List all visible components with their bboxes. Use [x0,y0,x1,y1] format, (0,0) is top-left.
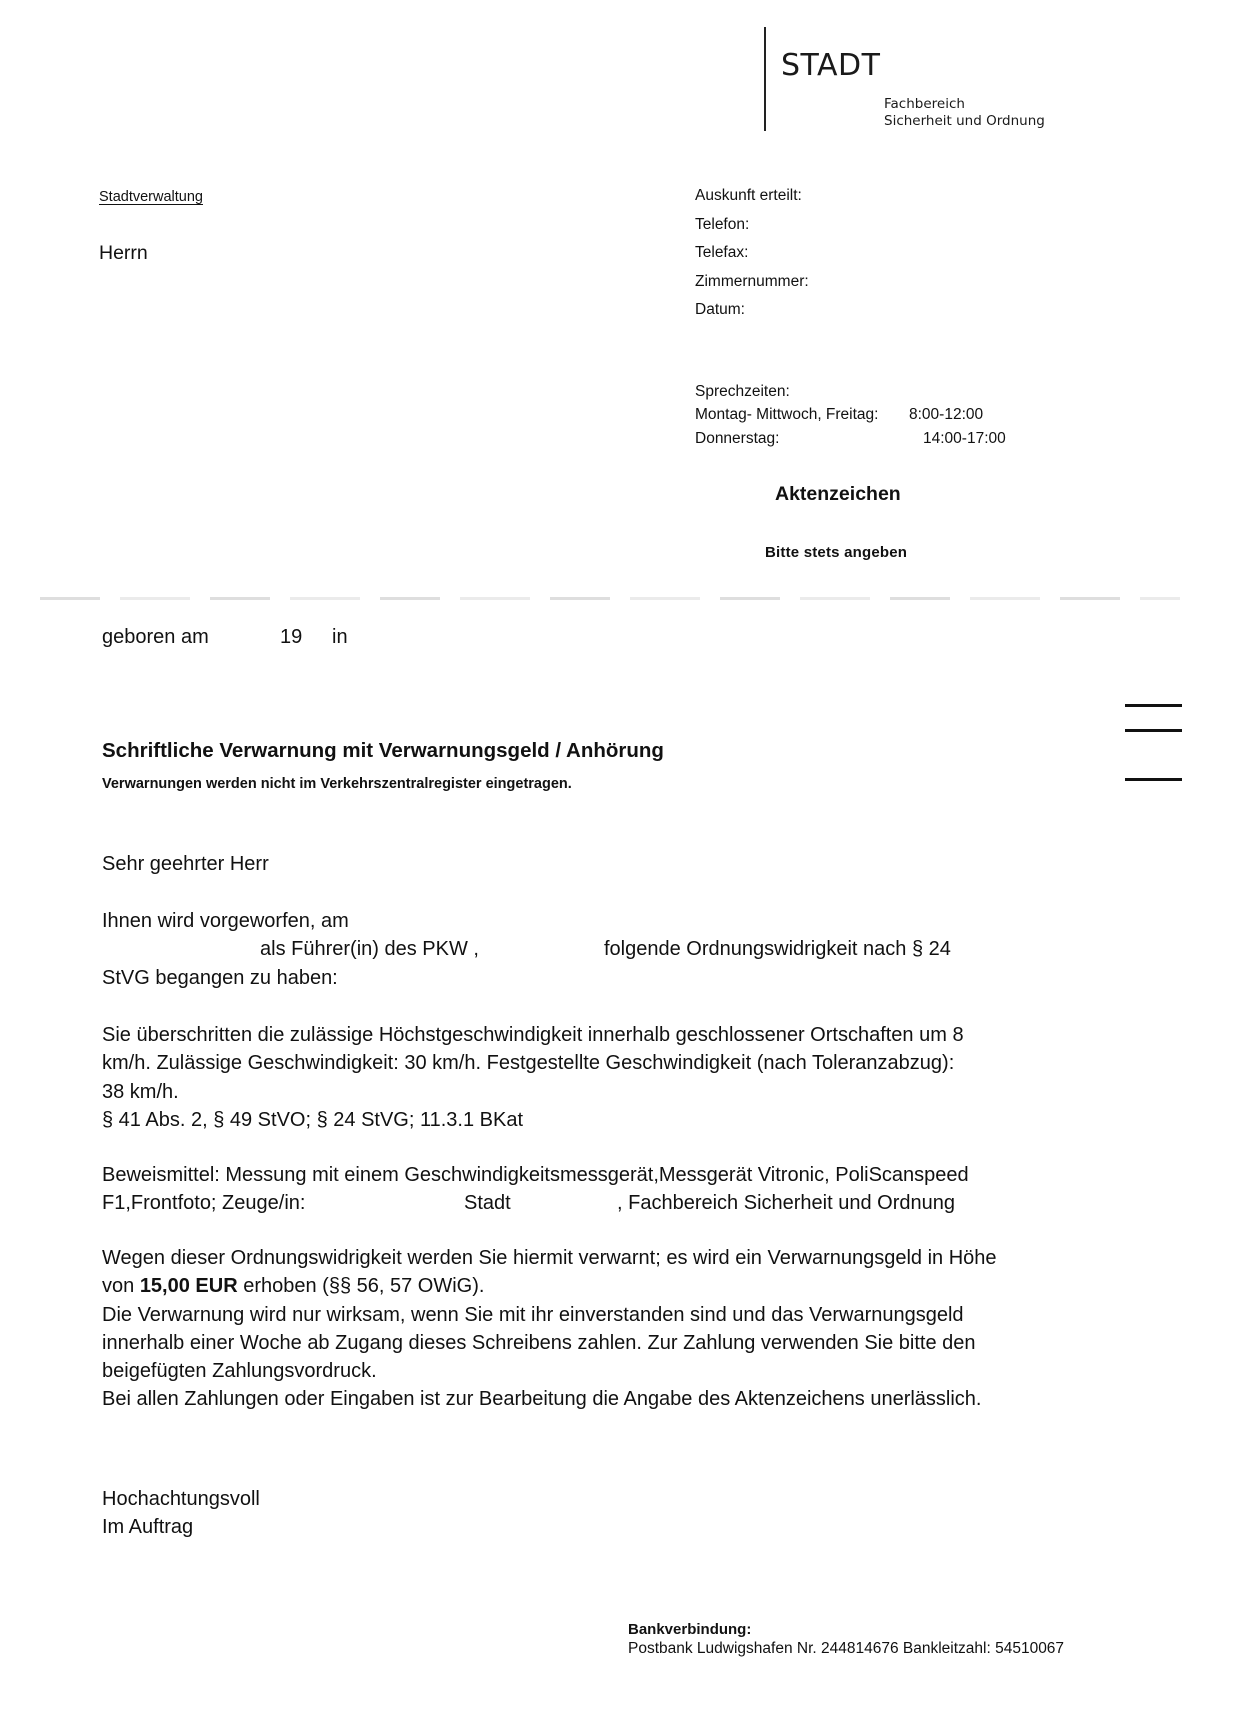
department-line-2: Sicherheit und Ordnung [884,113,1045,130]
payment-line-2: innerhalb einer Woche ab Zugang dieses S… [102,1329,1102,1357]
scan-artifact-line [40,597,1180,600]
accusation-offense-text: folgende Ordnungswidrigkeit nach § 24 [604,935,951,963]
city-logo-text: STADT [781,48,881,83]
fine-suffix: erhoben (§§ 56, 57 OWiG). [243,1275,484,1297]
info-field-telefax: Telefax: [695,244,748,262]
fold-mark-2 [1125,729,1182,732]
fine-line-1: Wegen dieser Ordnungswidrigkeit werden S… [102,1244,1102,1272]
payment-line-4: Bei allen Zahlungen oder Eingaben ist zu… [102,1385,1102,1413]
fold-mark-1 [1125,704,1182,707]
fine-line-2: von 15,00 EUR erhoben (§§ 56, 57 OWiG). [102,1272,1102,1300]
info-field-auskunft: Auskunft erteilt: [695,187,802,205]
evidence-witness-city: Stadt [464,1189,511,1217]
birth-place-label: in [332,626,348,649]
bank-label: Bankverbindung: [628,1621,751,1638]
accusation-line-2: als Führer(in) des PKW , folgende Ordnun… [102,935,1102,963]
fold-mark-3 [1125,778,1182,781]
bank-details: Postbank Ludwigshafen Nr. 244814676 Bank… [628,1640,1064,1658]
accusation-line-1: Ihnen wird vorgeworfen, am [102,907,1102,935]
department-name: Fachbereich Sicherheit und Ordnung [884,96,1045,130]
evidence-paragraph: Beweismittel: Messung mit einem Geschwin… [102,1161,1102,1218]
office-hours-time-1: 8:00-12:00 [909,406,983,424]
evidence-line-2: F1,Frontfoto; Zeuge/in: Stadt , Fachbere… [102,1189,1102,1217]
birth-label: geboren am [102,626,209,649]
letterhead-divider [764,27,766,131]
office-hours-days-2: Donnerstag: [695,430,779,448]
closing-line-1: Hochachtungsvoll [102,1488,260,1511]
offense-line-3: 38 km/h. [102,1078,1102,1106]
closing-line-2: Im Auftrag [102,1516,193,1539]
salutation-text: Sehr geehrter Herr [102,850,1102,878]
info-field-zimmernummer: Zimmernummer: [695,273,809,291]
subject-subtitle: Verwarnungen werden nicht im Verkehrszen… [102,776,572,792]
evidence-line-1: Beweismittel: Messung mit einem Geschwin… [102,1161,1102,1189]
offense-line-2: km/h. Zulässige Geschwindigkeit: 30 km/h… [102,1049,1102,1077]
department-line-1: Fachbereich [884,96,1045,113]
recipient-salutation: Herrn [99,242,148,265]
reference-note: Bitte stets angeben [765,544,907,561]
info-field-datum: Datum: [695,301,745,319]
fine-paragraph: Wegen dieser Ordnungswidrigkeit werden S… [102,1244,1102,1414]
offense-legal-basis: § 41 Abs. 2, § 49 StVO; § 24 StVG; 11.3.… [102,1106,1102,1134]
info-field-telefon: Telefon: [695,216,749,234]
fine-amount: 15,00 EUR [140,1275,238,1297]
offense-line-1: Sie überschritten die zulässige Höchstge… [102,1021,1102,1049]
evidence-witness-department: , Fachbereich Sicherheit und Ordnung [617,1189,955,1217]
fine-prefix: von [102,1275,134,1297]
birth-year: 19 [280,626,302,649]
sender-line: Stadtverwaltung [99,189,203,205]
office-hours-days-1: Montag- Mittwoch, Freitag: [695,406,878,424]
payment-line-1: Die Verwarnung wird nur wirksam, wenn Si… [102,1301,1102,1329]
office-hours-time-2: 14:00-17:00 [923,430,1006,448]
accusation-driver-text: als Führer(in) des PKW , [260,935,479,963]
subject-title: Schriftliche Verwarnung mit Verwarnungsg… [102,739,664,763]
evidence-witness-label: F1,Frontfoto; Zeuge/in: [102,1189,305,1217]
reference-label: Aktenzeichen [775,483,901,506]
office-hours-label: Sprechzeiten: [695,383,790,401]
offense-paragraph: Sie überschritten die zulässige Höchstge… [102,1021,1102,1134]
salutation: Sehr geehrter Herr [102,850,1102,878]
payment-line-3: beigefügten Zahlungsvordruck. [102,1357,1102,1385]
accusation-line-3: StVG begangen zu haben: [102,964,1102,992]
accusation-paragraph: Ihnen wird vorgeworfen, am als Führer(in… [102,907,1102,992]
